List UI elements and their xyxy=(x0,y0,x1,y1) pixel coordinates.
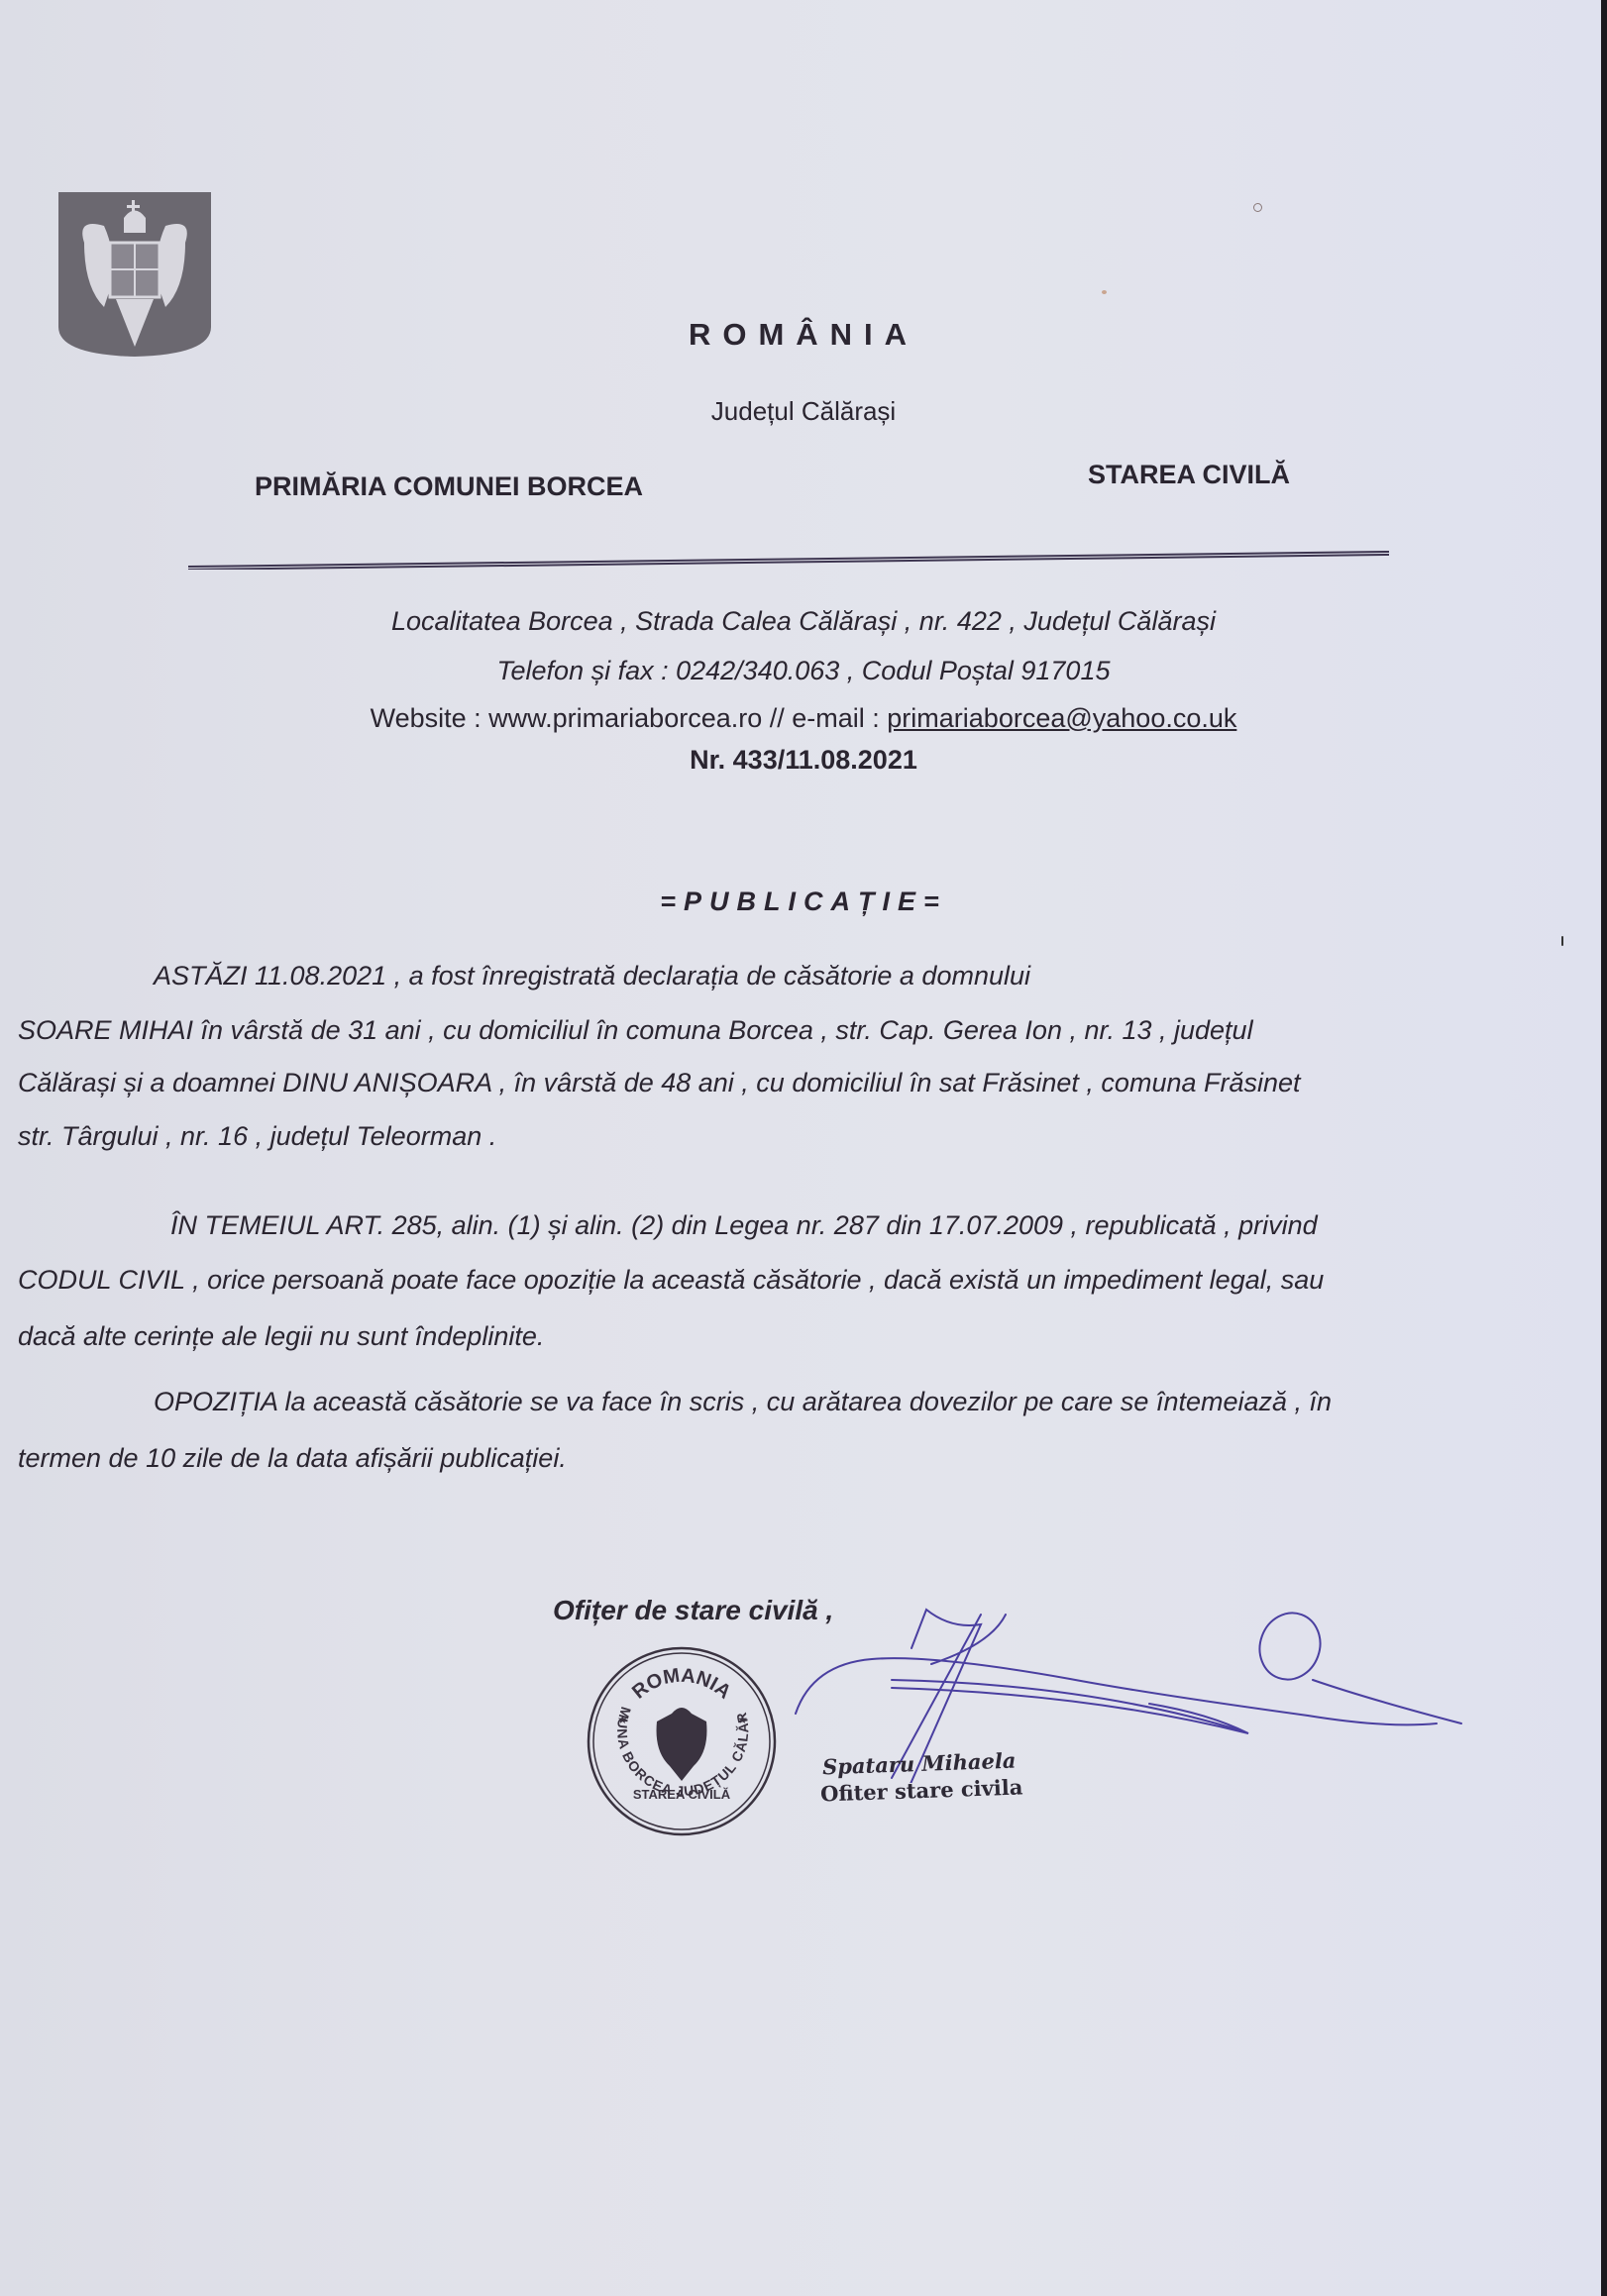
paragraph-1-line: ASTĂZI 11.08.2021 , a fost înregistrată … xyxy=(154,961,1030,991)
website-label: Website : www.primariaborcea.ro // e-mai… xyxy=(371,703,888,733)
document-title: =PUBLICAȚIE= xyxy=(0,887,1607,917)
county-name: Județul Călărași xyxy=(0,396,1607,427)
svg-text:STAREA CIVILĂ: STAREA CIVILĂ xyxy=(633,1787,731,1802)
website-email-line: Website : www.primariaborcea.ro // e-mai… xyxy=(0,703,1607,734)
official-stamp-icon: ROMANIA COMUNA BORCEA JUDEȚUL CĂLĂRAȘI ★… xyxy=(583,1642,781,1840)
paragraph-3-line: OPOZIȚIA la această căsătorie se va face… xyxy=(154,1387,1332,1417)
signature-label: Ofițer de stare civilă , xyxy=(553,1595,833,1626)
svg-text:★: ★ xyxy=(617,1713,628,1726)
country-title: ROMÂNIA xyxy=(0,317,1607,353)
department-name: STAREA CIVILĂ xyxy=(1088,460,1290,490)
email-link[interactable]: primariaborcea@yahoo.co.uk xyxy=(887,703,1236,733)
paragraph-1-line: Călărași și a doamnei DINU ANIȘOARA , în… xyxy=(18,1068,1301,1098)
scan-speck xyxy=(1253,203,1262,212)
institution-name: PRIMĂRIA COMUNEI BORCEA xyxy=(255,471,643,502)
address-line: Localitatea Borcea , Strada Calea Călăra… xyxy=(0,606,1607,637)
document-number: Nr. 433/11.08.2021 xyxy=(0,745,1607,776)
svg-text:★: ★ xyxy=(737,1713,748,1726)
paragraph-3-line: termen de 10 zile de la data afișării pu… xyxy=(18,1443,567,1474)
scan-speck xyxy=(1561,936,1563,946)
phone-postal-line: Telefon și fax : 0242/340.063 , Codul Po… xyxy=(0,656,1607,686)
paragraph-2-line: dacă alte cerințe ale legii nu sunt înde… xyxy=(18,1321,544,1352)
paragraph-1-line: str. Târgului , nr. 16 , județul Teleorm… xyxy=(18,1121,496,1152)
scan-speck xyxy=(1102,290,1107,294)
header-divider xyxy=(188,550,1389,570)
paragraph-2-line: ÎN TEMEIUL ART. 285, alin. (1) și alin. … xyxy=(170,1210,1318,1241)
paragraph-2-line: CODUL CIVIL , orice persoană poate face … xyxy=(18,1265,1324,1296)
paragraph-1-line: SOARE MIHAI în vârstă de 31 ani , cu dom… xyxy=(18,1015,1253,1046)
svg-text:ROMANIA: ROMANIA xyxy=(628,1665,735,1704)
